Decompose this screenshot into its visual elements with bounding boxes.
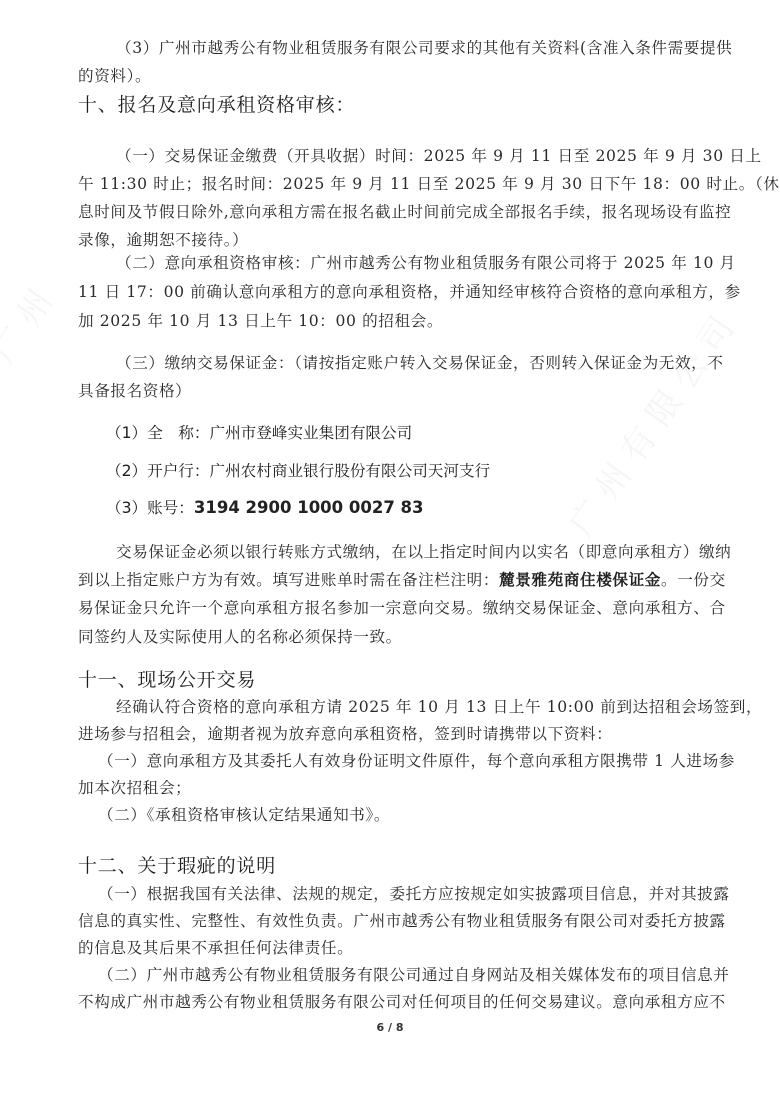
account-bank-value: 广州农村商业银行股份有限公司天河支行 [209,462,490,480]
paragraph-line: （一）意向承租方及其委托人有效身份证明文件原件，每个意向承租方限携带 1 人进场… [98,751,706,771]
paragraph-line: 不构成广州市越秀公有物业租赁服务有限公司对任何项目的任何交易建议。意向承租方应不 [78,992,706,1012]
paragraph-line: （一）交易保证金缴费（开具收据）时间：2025 年 9 月 11 日至 2025… [116,146,706,166]
watermark: 广 州 [0,278,62,371]
account-name-row: （1）全 称：广州市登峰实业集团有限公司 [106,423,412,443]
paragraph-line: （二）《承租资格审核认定结果通知书》。 [98,805,706,825]
paragraph-line: 的资料）。 [78,66,706,86]
paragraph-line: （3）广州市越秀公有物业租赁服务有限公司要求的其他有关资料(含准入条件需要提供 [116,38,706,58]
watermark: 广 州 有 限 公 司 [555,305,743,544]
paragraph-line: 具备报名资格） [78,381,706,401]
section-heading-11: 十一、现场公开交易 [78,668,256,692]
text-segment: 。一份交 [661,571,726,589]
paragraph-line: （三）缴纳交易保证金：（请按指定账户转入交易保证金，否则转入保证金为无效，不 [116,353,706,373]
paragraph-line: （一）根据我国有关法律、法规的规定，委托方应按规定如实披露项目信息，并对其披露 [98,884,706,904]
paragraph-line: 同签约人及实际使用人的名称必须保持一致。 [78,627,706,647]
account-bank-label: （2）开户行： [106,462,209,480]
paragraph-line: 息时间及节假日除外,意向承租方需在报名截止时间前完成全部报名手续，报名现场设有监… [78,202,706,222]
account-bank-row: （2）开户行：广州农村商业银行股份有限公司天河支行 [106,461,490,481]
text-segment: 到以上指定账户方为有效。填写进账单时需在备注栏注明： [78,571,499,589]
paragraph-line: 11 日 17：00 前确认意向承租方的意向承租资格，并通知经审核符合资格的意向… [78,282,706,302]
section-heading-10: 十、报名及意向承租资格审核： [78,93,355,117]
paragraph-line: 信息的真实性、完整性、有效性负责。广州市越秀公有物业租赁服务有限公司对委托方披露 [78,911,706,931]
account-name-value: 广州市登峰实业集团有限公司 [209,424,412,442]
remark-text: 麓景雅苑商住楼保证金 [499,571,661,589]
paragraph-line: （二）意向承租资格审核：广州市越秀公有物业租赁服务有限公司将于 2025 年 1… [116,253,706,273]
paragraph-line: 加本次招租会； [78,778,706,798]
paragraph-line: 录像，逾期恕不接待。） [78,230,706,250]
paragraph-line: 午 11:30 时止；报名时间：2025 年 9 月 11 日至 2025 年 … [78,174,706,194]
section-heading-12: 十二、关于瑕疵的说明 [78,854,276,878]
paragraph-line: 到以上指定账户方为有效。填写进账单时需在备注栏注明：麓景雅苑商住楼保证金。一份交 [78,570,706,590]
account-number-row: （3）账号：3194 2900 1000 0027 83 [106,498,424,518]
page-number: 6 / 8 [0,1021,780,1034]
account-number-label: （3）账号： [106,499,194,517]
paragraph-line: 交易保证金必须以银行转账方式缴纳，在以上指定时间内以实名（即意向承租方）缴纳 [116,542,706,562]
paragraph-line: （二）广州市越秀公有物业租赁服务有限公司通过自身网站及相关媒体发布的项目信息并 [98,965,706,985]
paragraph-line: 易保证金只允许一个意向承租方报名参加一宗意向交易。缴纳交易保证金、意向承租方、合 [78,598,706,618]
paragraph-line: 经确认符合资格的意向承租方请 2025 年 10 月 13 日上午 10:00 … [116,697,706,717]
paragraph-line: 的信息及其后果不承担任何法律责任。 [78,938,706,958]
account-name-label: （1）全 称： [106,424,209,442]
paragraph-line: 进场参与招租会，逾期者视为放弃意向承租资格，签到时请携带以下资料： [78,724,706,744]
paragraph-line: 加 2025 年 10 月 13 日上午 10：00 的招租会。 [78,311,706,331]
document-page: 广 州 有 限 公 司 广 州 （3）广州市越秀公有物业租赁服务有限公司要求的其… [0,0,780,1104]
account-number-value: 3194 2900 1000 0027 83 [194,498,424,517]
